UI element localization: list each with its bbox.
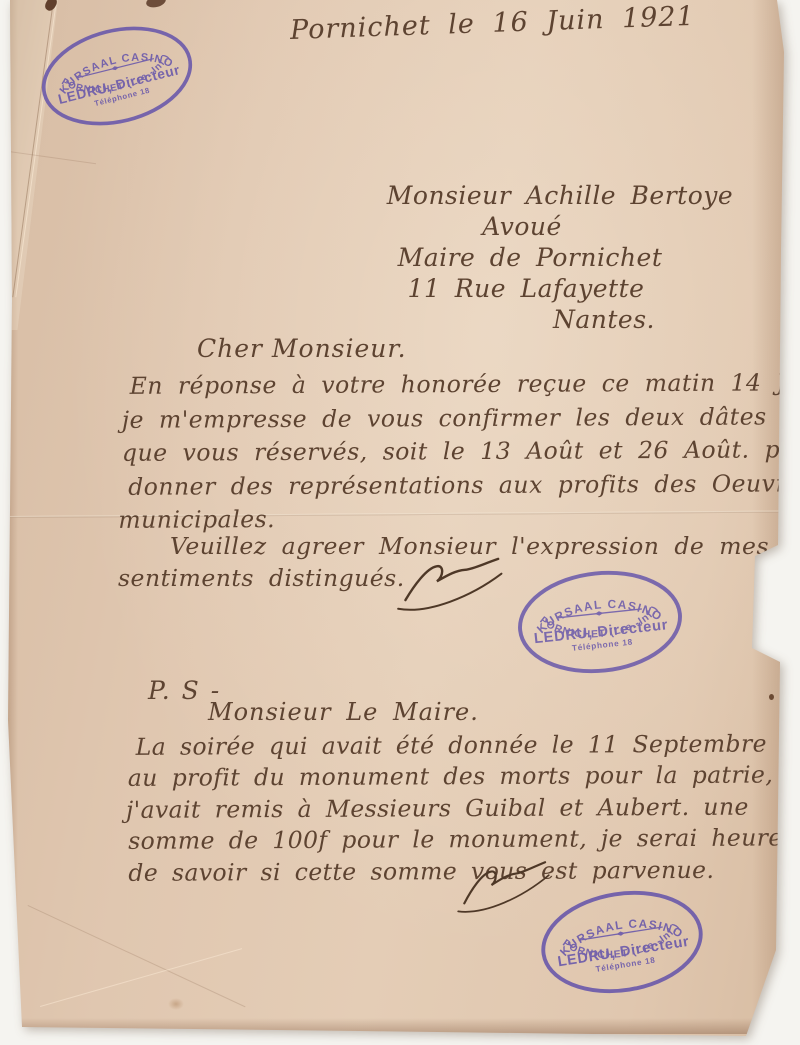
body-line: je m'empresse de vous confirmer les deux…	[122, 400, 800, 437]
ps-line: au profit du monument des morts pour la …	[128, 760, 800, 795]
body-line: donner des représentations aux profits d…	[128, 467, 800, 504]
recipient-line: Avoué	[310, 211, 734, 242]
paper-wrap: Pornichet le 16 Juin 1921 Monsieur Achil…	[0, 0, 800, 1045]
ps-line: j'avait remis à Messieurs Guibal et Aube…	[126, 791, 800, 826]
ps-line: La soirée qui avait été donnée le 11 Sep…	[136, 728, 800, 763]
signature-ledru	[386, 549, 518, 616]
recipient-block: Monsieur Achille Bertoye Avoué Maire de …	[340, 180, 764, 335]
body-line: que vous réservés, soit le 13 Août et 26…	[122, 433, 800, 470]
scanner-background: Pornichet le 16 Juin 1921 Monsieur Achil…	[0, 0, 800, 1045]
paper-bottom-edge-shading	[0, 1018, 800, 1034]
recipient-line: Maire de Pornichet	[318, 242, 742, 273]
recipient-line: 11 Rue Lafayette	[314, 273, 738, 304]
recipient-line: Monsieur Achille Bertoye	[348, 180, 772, 211]
recipient-line: Nantes.	[392, 304, 800, 335]
kursaal-casino-stamp-middle: KURSAAL CASINO LEDRU, Directeur Téléphon…	[509, 559, 691, 684]
paper-stain	[168, 998, 184, 1010]
ps-heading: Monsieur Le Maire.	[208, 698, 479, 726]
salutation: Cher Monsieur.	[197, 334, 407, 363]
body-paragraph: En réponse à votre honorée reçue ce mati…	[122, 366, 800, 537]
body-line: En réponse à votre honorée reçue ce mati…	[130, 366, 800, 403]
letter-paper: Pornichet le 16 Juin 1921 Monsieur Achil…	[0, 0, 800, 1045]
dateline: Pornichet le 16 Juin 1921	[290, 1, 691, 46]
torn-edge-spot	[769, 694, 774, 700]
ps-line: somme de 100f pour le monument, je serai…	[128, 822, 800, 857]
